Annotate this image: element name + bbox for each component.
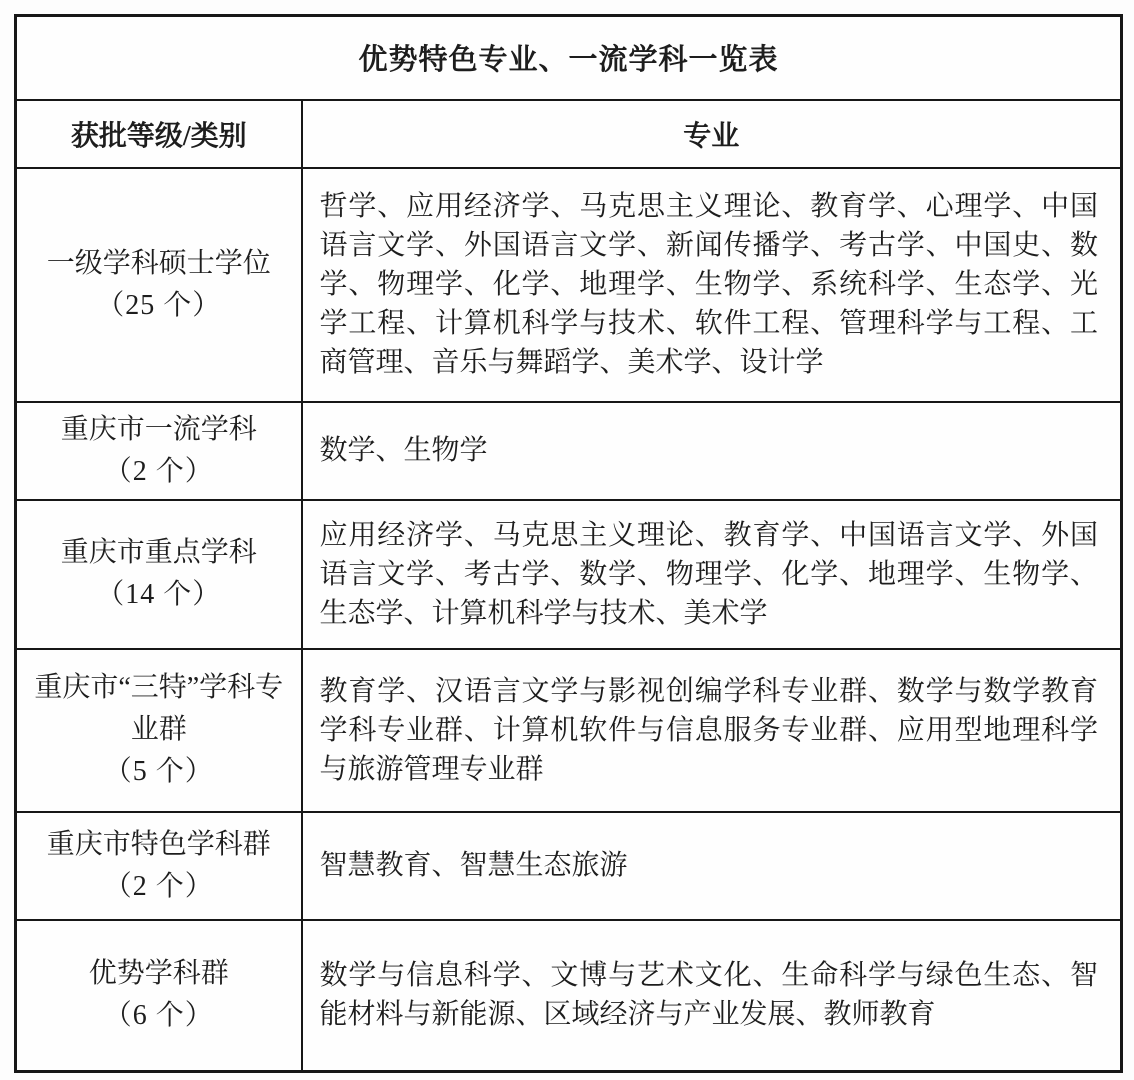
table-row: 优势学科群 （6 个） 数学与信息科学、文博与艺术文化、生命科学与绿色生态、智能… [16,920,1122,1072]
category-count: （2 个） [27,866,291,908]
disciplines-table: 优势特色专业、一流学科一览表 获批等级/类别 专业 一级学科硕士学位 （25 个… [14,14,1123,1073]
category-name: 重庆市特色学科群 [27,824,291,866]
majors-cell: 数学与信息科学、文博与艺术文化、生命科学与绿色生态、智能材料与新能源、区域经济与… [302,920,1122,1072]
category-name: 重庆市一流学科 [27,409,291,451]
majors-cell: 哲学、应用经济学、马克思主义理论、教育学、心理学、中国语言文学、外国语言文学、新… [302,168,1122,402]
majors-cell: 智慧教育、智慧生态旅游 [302,812,1122,920]
category-cell: 重庆市一流学科 （2 个） [16,402,302,500]
category-name: 重庆市“三特”学科专业群 [27,667,291,751]
category-count: （14 个） [27,574,291,616]
column-header-majors: 专业 [302,100,1122,168]
category-name: 一级学科硕士学位 [27,243,291,285]
category-name: 优势学科群 [27,953,291,995]
category-count: （2 个） [27,451,291,493]
majors-cell: 应用经济学、马克思主义理论、教育学、中国语言文学、外国语言文学、考古学、数学、物… [302,500,1122,649]
column-header-category: 获批等级/类别 [16,100,302,168]
category-cell: 重庆市重点学科 （14 个） [16,500,302,649]
table-row: 重庆市一流学科 （2 个） 数学、生物学 [16,402,1122,500]
category-name: 重庆市重点学科 [27,532,291,574]
category-count: （6 个） [27,995,291,1037]
category-count: （25 个） [27,285,291,327]
table-row: 重庆市“三特”学科专业群 （5 个） 教育学、汉语言文学与影视创编学科专业群、数… [16,649,1122,812]
page: 优势特色专业、一流学科一览表 获批等级/类别 专业 一级学科硕士学位 （25 个… [0,0,1134,1080]
category-cell: 重庆市特色学科群 （2 个） [16,812,302,920]
table-title: 优势特色专业、一流学科一览表 [16,16,1122,100]
table-row: 一级学科硕士学位 （25 个） 哲学、应用经济学、马克思主义理论、教育学、心理学… [16,168,1122,402]
category-cell: 一级学科硕士学位 （25 个） [16,168,302,402]
table-row: 重庆市重点学科 （14 个） 应用经济学、马克思主义理论、教育学、中国语言文学、… [16,500,1122,649]
majors-cell: 教育学、汉语言文学与影视创编学科专业群、数学与数学教育学科专业群、计算机软件与信… [302,649,1122,812]
category-count: （5 个） [27,751,291,793]
majors-cell: 数学、生物学 [302,402,1122,500]
title-row: 优势特色专业、一流学科一览表 [16,16,1122,100]
category-cell: 优势学科群 （6 个） [16,920,302,1072]
header-row: 获批等级/类别 专业 [16,100,1122,168]
table-row: 重庆市特色学科群 （2 个） 智慧教育、智慧生态旅游 [16,812,1122,920]
category-cell: 重庆市“三特”学科专业群 （5 个） [16,649,302,812]
